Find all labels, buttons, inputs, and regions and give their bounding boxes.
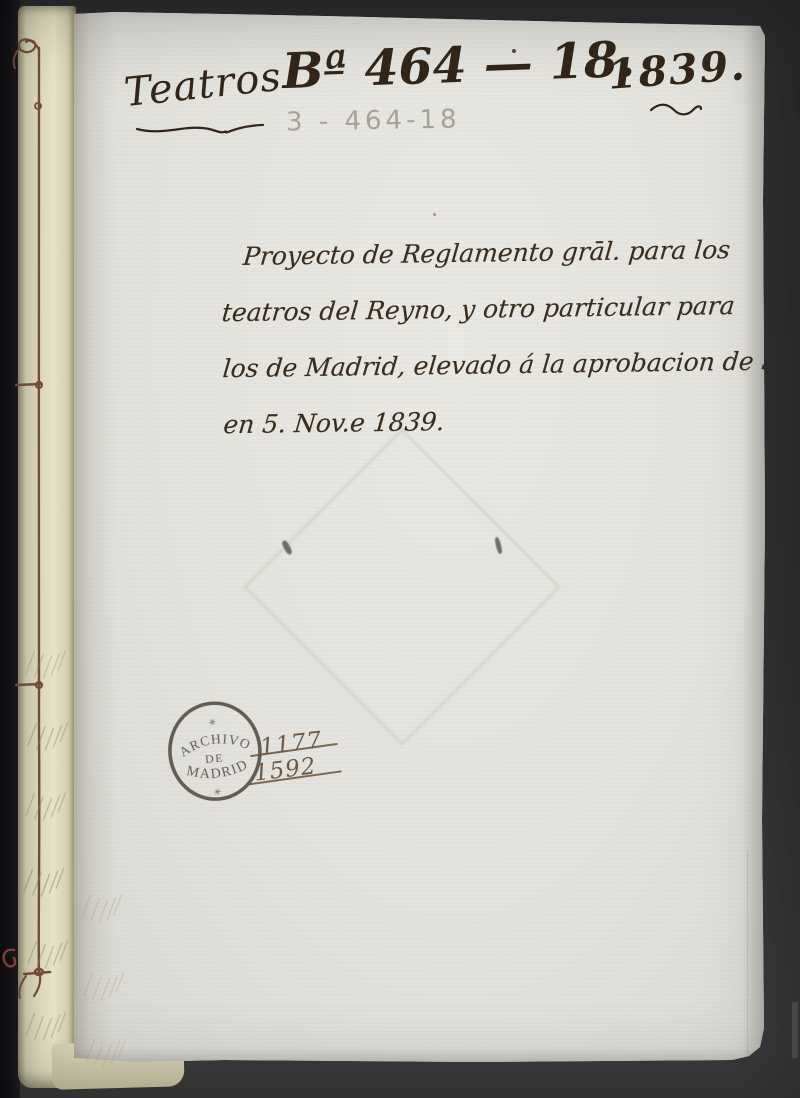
category-label: Teatros [122,54,284,116]
title-line: los de Madrid, elevado á la aprobacion d… [220,336,800,400]
year-flourish [648,100,704,118]
thread-knot-top [19,39,39,52]
watermark-diamond [244,429,561,746]
title-line: Proyecto de Reglamento grāl. para los [240,224,800,288]
bleedthrough-writing [22,710,77,761]
page-crease [747,850,748,1055]
archive-stamp: ✳ ARCHIVO DE MADRID ✳ [160,694,273,811]
bleedthrough-writing [20,1000,75,1051]
red-curl-path [4,950,15,967]
ink-speck [433,213,436,216]
underline-flourish [134,116,266,142]
bleedthrough-writing [78,960,133,1011]
bleedthrough-writing [20,638,75,689]
bleedthrough-writing [20,780,75,831]
bleedthrough-writing [18,856,73,907]
underline-flourish-path [137,125,263,133]
bleedthrough-writing [22,928,77,979]
ink-speck [512,49,516,53]
shelfmark-ink: Bª 464 — 18. [281,30,636,100]
title-line: teatros del Reyno, y otro particular par… [219,280,800,344]
thread-tail-bottom2 [19,976,26,998]
year-ink: 1839. [606,41,747,99]
page-edge-glint [792,1002,798,1058]
thread-line [38,48,39,972]
year-flourish-path [651,105,701,115]
bleedthrough-writing [76,882,131,933]
stamp-text-de: DE [204,750,224,766]
stamp-ornament-top: ✳ [208,717,217,728]
manuscript-page: Teatros Bª 464 — 18. 1839. 3 - 464-18 Pr… [74,0,766,1068]
manuscript-title: Proyecto de Reglamento grāl. para los te… [220,224,800,456]
thread-end-red-curl [0,946,22,976]
pencil-reference: 3 - 464-18 [286,104,461,137]
stamp-ornament-bottom: ✳ [213,787,222,798]
scanned-cover-page: Teatros Bª 464 — 18. 1839. 3 - 464-18 Pr… [0,0,800,1098]
bleedthrough-writing [80,1026,135,1077]
thread-tail-top [14,48,20,68]
title-line: en 5. Nov.e 1839. [221,392,800,456]
